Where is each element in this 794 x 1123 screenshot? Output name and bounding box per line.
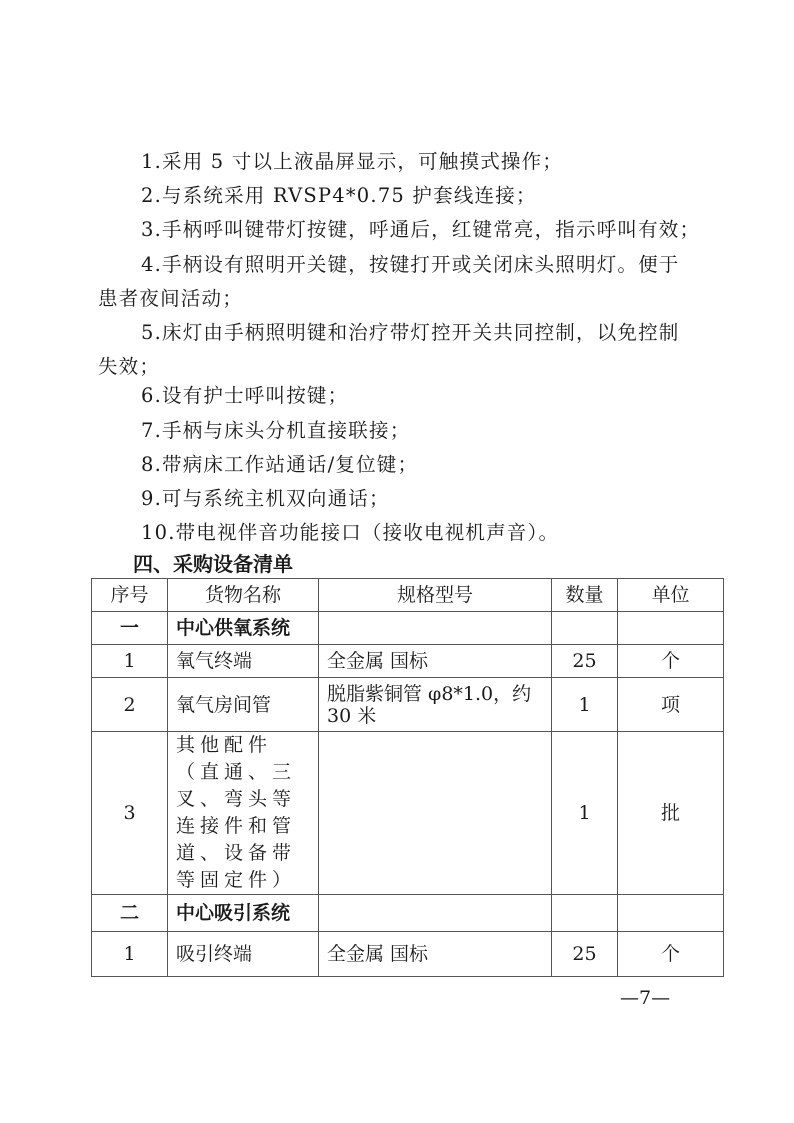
cell-no: 1 (92, 645, 168, 678)
requirement-line: 2.与系统采用 RVSP4*0.75 护套线连接； (141, 184, 537, 208)
table-row: 1 吸引终端 全金属 国标 25 个 (92, 932, 724, 977)
cell-name: 中心供氧系统 (168, 612, 319, 645)
cell-no: 3 (92, 732, 168, 895)
requirement-line: 8.带病床工作站通话/复位键； (141, 453, 418, 477)
cell-qty: 25 (552, 645, 618, 678)
cell-spec: 全金属 国标 (319, 932, 552, 977)
cell-unit (618, 895, 724, 932)
table-header-row: 序号 货物名称 规格型号 数量 单位 (92, 579, 724, 612)
header-cell: 数量 (552, 579, 618, 612)
header-cell: 货物名称 (168, 579, 319, 612)
equipment-table: 序号 货物名称 规格型号 数量 单位 一 中心供氧系统 1 氧气终端 全金属 国… (91, 578, 724, 977)
cell-qty: 1 (552, 732, 618, 895)
section-heading: 四、采购设备清单 (133, 552, 293, 576)
cell-no: 1 (92, 932, 168, 977)
cell-unit: 个 (618, 932, 724, 977)
header-cell: 单位 (618, 579, 724, 612)
header-cell: 规格型号 (319, 579, 552, 612)
cell-name: 氧气终端 (168, 645, 319, 678)
cell-no: 一 (92, 612, 168, 645)
cell-spec (319, 612, 552, 645)
cell-spec (319, 895, 552, 932)
requirement-line: 9.可与系统主机双向通话； (141, 487, 390, 511)
cell-no: 2 (92, 678, 168, 732)
table-row: 2 氧气房间管 脱脂紫铜管 φ8*1.0，约30 米 1 项 (92, 678, 724, 732)
page-number: —7— (620, 987, 670, 1009)
cell-name: 其他配件（直通、三叉、弯头等连接件和管道、设备带等固定件） (168, 732, 319, 895)
requirement-line: 失效； (98, 355, 160, 379)
cell-name: 吸引终端 (168, 932, 319, 977)
cell-name: 中心吸引系统 (168, 895, 319, 932)
header-cell: 序号 (92, 579, 168, 612)
cell-qty: 1 (552, 678, 618, 732)
cell-unit (618, 612, 724, 645)
table-row: 1 氧气终端 全金属 国标 25 个 (92, 645, 724, 678)
cell-qty (552, 895, 618, 932)
cell-spec: 脱脂紫铜管 φ8*1.0，约30 米 (319, 678, 552, 732)
requirement-line: 7.手柄与床头分机直接联接； (141, 419, 410, 443)
requirement-line: 3.手柄呼叫键带灯按键，呼通后，红键常亮，指示呼叫有效； (141, 218, 700, 242)
cell-qty (552, 612, 618, 645)
requirement-line: 1.采用 5 寸以上液晶屏显示，可触摸式操作； (141, 150, 563, 174)
cell-spec (319, 732, 552, 895)
cell-qty: 25 (552, 932, 618, 977)
requirement-line: 患者夜间活动； (98, 287, 243, 311)
requirement-line: 10.带电视伴音功能接口（接收电视机声音）。 (141, 521, 559, 545)
table-section-row: 二 中心吸引系统 (92, 895, 724, 932)
cell-no: 二 (92, 895, 168, 932)
cell-unit: 项 (618, 678, 724, 732)
cell-unit: 批 (618, 732, 724, 895)
requirement-line: 5.床灯由手柄照明键和治疗带灯控开关共同控制，以免控制 (141, 321, 680, 345)
cell-spec: 全金属 国标 (319, 645, 552, 678)
cell-name: 氧气房间管 (168, 678, 319, 732)
cell-unit: 个 (618, 645, 724, 678)
table-section-row: 一 中心供氧系统 (92, 612, 724, 645)
requirement-line: 4.手柄设有照明开关键，按键打开或关闭床头照明灯。便于 (141, 253, 680, 277)
table-row: 3 其他配件（直通、三叉、弯头等连接件和管道、设备带等固定件） 1 批 (92, 732, 724, 895)
requirement-line: 6.设有护士呼叫按键； (141, 384, 348, 408)
